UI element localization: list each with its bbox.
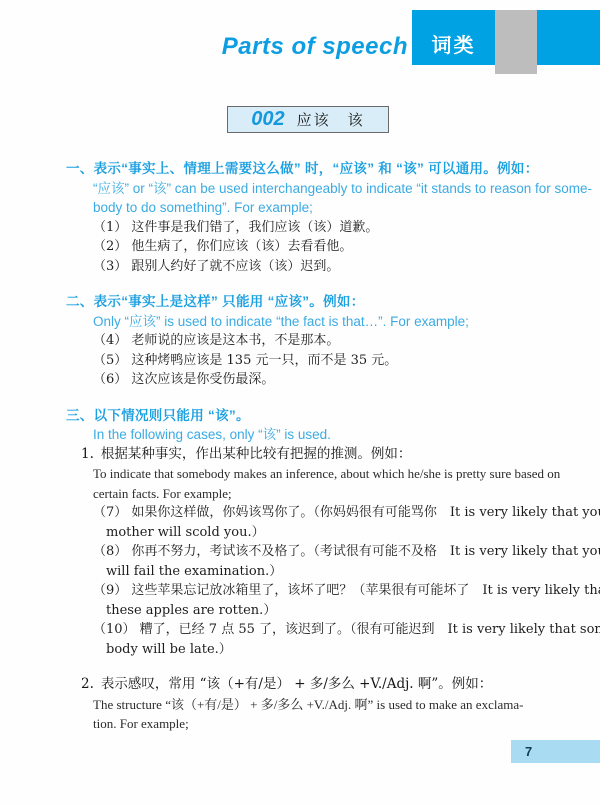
section-2-heading-en: Only “应该” is used to indicate “the fact … — [93, 312, 552, 332]
section-3-heading-text: 以下情况则只能用 “该”。 — [94, 408, 250, 423]
chapter-title-chinese: 词类 — [432, 29, 476, 65]
section-1-marker: 一、 — [66, 161, 94, 176]
lesson-number: 002 — [251, 108, 284, 131]
example-7-line2: mother will scold you.） — [106, 523, 552, 543]
section-3-subitem-1: 1.根据某种事实，作出某种比较有把握的推测。例如： To indicate th… — [66, 445, 552, 660]
section-3-heading-zh: 三、以下情况则只能用 “该”。 — [66, 406, 552, 426]
chapter-tab-blue: 词类 — [412, 10, 495, 65]
section-2-marker: 二、 — [66, 294, 94, 309]
book-page: Parts of speech 词类 002 应该 该 一、表示“事实上、情理上… — [0, 0, 600, 805]
example-4: （4） 老师说的应该是这本书，不是那本。 — [93, 331, 552, 351]
section-3-subitem-2: 2.表示感叹，常用 “该（+有/是） + 多/多么 +V./Adj. 啊”。例如… — [66, 675, 552, 734]
example-6: （6） 这次应该是你受伤最深。 — [93, 370, 552, 390]
section-3: 三、以下情况则只能用 “该”。 In the following cases, … — [66, 406, 552, 734]
page-number: 7 — [511, 740, 532, 763]
section-3-heading-en: In the following cases, only “该” is used… — [93, 425, 552, 445]
subitem-2-heading: 2.表示感叹，常用 “该（+有/是） + 多/多么 +V./Adj. 啊”。例如… — [81, 675, 552, 695]
section-1-heading-en-line1: “应该” or “该” can be used interchangeably … — [93, 179, 552, 199]
subitem-2-en-line2: tion. For example; — [93, 714, 552, 734]
lesson-title-box: 002 应该 该 — [227, 106, 389, 133]
section-2: 二、表示“事实上是这样” 只能用 “应该”。例如： Only “应该” is u… — [66, 292, 552, 390]
example-9-line2: these apples are rotten.） — [106, 601, 552, 621]
subitem-1-heading: 1.根据某种事实，作出某种比较有把握的推测。例如： — [81, 445, 552, 465]
example-1: （1） 这件事是我们错了，我们应该（该）道歉。 — [93, 218, 552, 238]
subitem-2-en-line1: The structure “该（+有/是） + 多/多么 +V./Adj. 啊… — [93, 695, 552, 715]
header-gray-tab — [495, 10, 537, 74]
lesson-content: 一、表示“事实上、情理上需要这么做” 时，“应该” 和 “该” 可以通用。例如：… — [66, 159, 552, 750]
example-7-line1: （7） 如果你这样做，你妈该骂你了。（你妈妈很有可能骂你 It is very … — [93, 503, 552, 523]
section-2-heading-zh: 二、表示“事实上是这样” 只能用 “应该”。例如： — [66, 292, 552, 312]
page-number-box: 7 — [511, 740, 600, 763]
subitem-2-heading-text: 表示感叹，常用 “该（+有/是） + 多/多么 +V./Adj. 啊”。例如： — [101, 676, 492, 692]
section-2-heading-text: 表示“事实上是这样” 只能用 “应该”。例如： — [94, 294, 365, 309]
example-9-line1: （9） 这些苹果忘记放冰箱里了，该坏了吧？（苹果很有可能坏了 It is ver… — [93, 581, 552, 601]
example-10-line2: body will be late.） — [106, 640, 552, 660]
section-3-marker: 三、 — [66, 408, 94, 423]
example-10-line1: （10） 糟了，已经 7 点 55 了，该迟到了。（很有可能迟到 It is v… — [93, 620, 552, 640]
example-2: （2） 他生病了，你们应该（该）去看看他。 — [93, 237, 552, 257]
subitem-1-number: 1. — [81, 446, 94, 462]
example-3: （3） 跟别人约好了就不应该（该）迟到。 — [93, 257, 552, 277]
chapter-title-english: Parts of speech — [0, 33, 408, 61]
subitem-1-en-line2: certain facts. For example; — [93, 484, 552, 504]
subitem-2-number: 2. — [81, 676, 94, 692]
subitem-1-heading-text: 根据某种事实，作出某种比较有把握的推测。例如： — [101, 446, 412, 462]
lesson-title: 应该 该 — [297, 109, 365, 130]
subitem-1-en-line1: To indicate that somebody makes an infer… — [93, 464, 552, 484]
section-1: 一、表示“事实上、情理上需要这么做” 时，“应该” 和 “该” 可以通用。例如：… — [66, 159, 552, 276]
section-1-heading-zh: 一、表示“事实上、情理上需要这么做” 时，“应该” 和 “该” 可以通用。例如： — [66, 159, 552, 179]
section-1-heading-en-line2: body to do something”. For example; — [93, 198, 552, 218]
header-blue-band-right — [537, 10, 600, 65]
example-5: （5） 这种烤鸭应该是 135 元一只，而不是 35 元。 — [93, 351, 552, 371]
section-1-heading-text: 表示“事实上、情理上需要这么做” 时，“应该” 和 “该” 可以通用。例如： — [94, 161, 539, 176]
example-8-line1: （8） 你再不努力，考试该不及格了。（考试很有可能不及格 It is very … — [93, 542, 552, 562]
example-8-line2: will fail the examination.） — [106, 562, 552, 582]
